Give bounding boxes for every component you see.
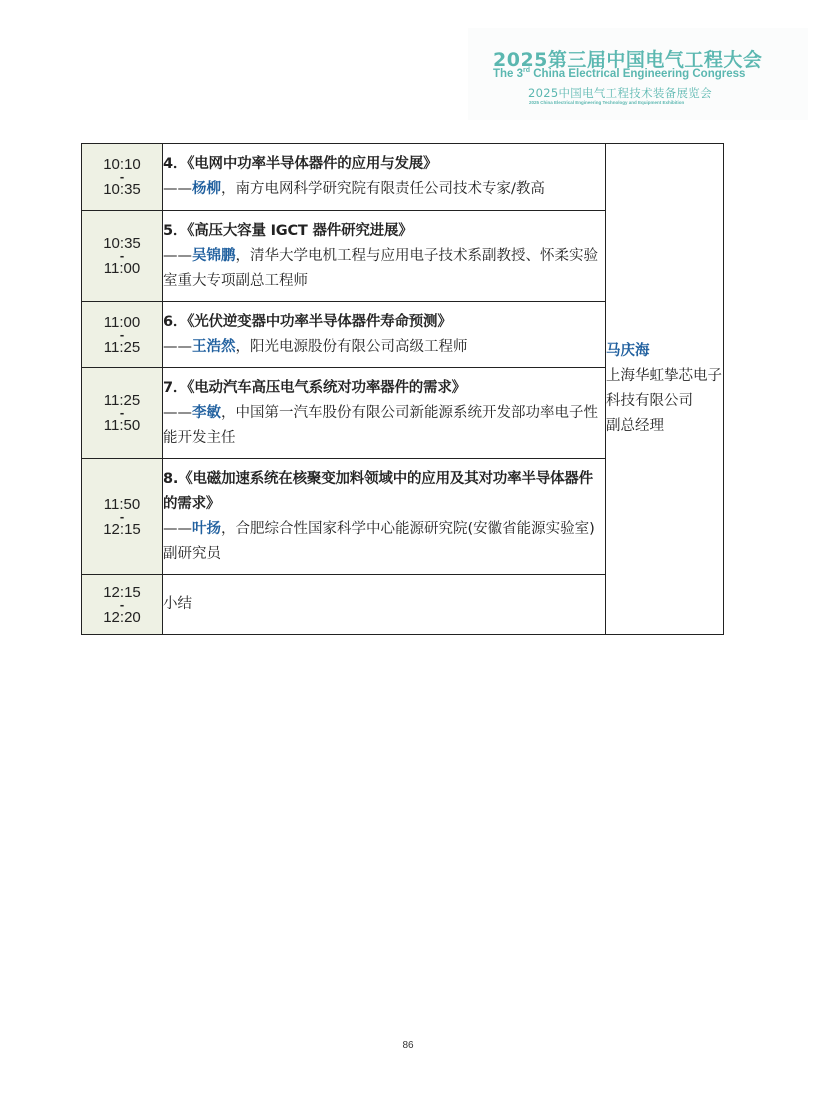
- event-title-en: The 3rd China Electrical Engineering Con…: [493, 67, 745, 80]
- talk-title: 7．《电动汽车高压电气系统对功率器件的需求》: [163, 376, 605, 401]
- speaker-name: 叶扬: [192, 521, 221, 537]
- em-dash: ——: [163, 521, 192, 537]
- end-time: 11:50: [82, 418, 162, 433]
- talk-cell: 4．《电网中功率半导体器件的应用与发展》 ——杨柳，南方电网科学研究院有限责任公…: [163, 144, 606, 211]
- agenda-table: 10:10 - 10:35 4．《电网中功率半导体器件的应用与发展》 ——杨柳，…: [81, 143, 724, 635]
- speaker-line: ——王浩然，阳光电源股份有限公司高级工程师: [163, 335, 605, 360]
- speaker-name: 吴锦鹏: [192, 248, 236, 264]
- em-dash: ——: [163, 339, 192, 355]
- talk-title: 8.《电磁加速系统在核聚变加料领域中的应用及其对功率半导体器件的需求》: [163, 467, 605, 517]
- exhibition-title-cn: 2025中国电气工程技术装备展览会: [528, 85, 712, 101]
- time-cell: 11:00 - 11:25: [82, 302, 163, 368]
- talk-cell: 6．《光伏逆变器中功率半导体器件寿命预测》 ——王浩然，阳光电源股份有限公司高级…: [163, 302, 606, 368]
- talk-cell: 5．《高压大容量 IGCT 器件研究进展》 ——吴锦鹏，清华大学电机工程与应用电…: [163, 211, 606, 302]
- time-cell: 11:25 - 11:50: [82, 368, 163, 459]
- em-dash: ——: [163, 181, 192, 197]
- summary-label: 小结: [163, 596, 192, 612]
- speaker-affiliation: ，合肥综合性国家科学中心能源研究院(安徽省能源实验室)副研究员: [163, 521, 595, 562]
- time-cell: 12:15 - 12:20: [82, 575, 163, 635]
- speaker-name: 王浩然: [192, 339, 236, 355]
- time-cell: 10:35 - 11:00: [82, 211, 163, 302]
- agenda-row: 10:10 - 10:35 4．《电网中功率半导体器件的应用与发展》 ——杨柳，…: [82, 144, 724, 211]
- talk-title: 6．《光伏逆变器中功率半导体器件寿命预测》: [163, 310, 605, 335]
- end-time: 11:00: [82, 261, 162, 276]
- end-time: 12:20: [82, 610, 162, 625]
- time-separator: -: [82, 330, 162, 340]
- host-position: 副总经理: [606, 414, 723, 439]
- speaker-line: ——叶扬，合肥综合性国家科学中心能源研究院(安徽省能源实验室)副研究员: [163, 517, 605, 567]
- speaker-line: ——李敏，中国第一汽车股份有限公司新能源系统开发部功率电子性能开发主任: [163, 401, 605, 451]
- event-title-en-sup: rd: [523, 67, 530, 74]
- end-time: 12:15: [82, 522, 162, 537]
- event-title-en-prefix: The 3: [493, 68, 523, 80]
- speaker-name: 李敏: [192, 405, 221, 421]
- event-title-en-suffix: China Electrical Engineering Congress: [530, 68, 745, 80]
- speaker-affiliation: ，南方电网科学研究院有限责任公司技术专家/教高: [221, 181, 545, 197]
- talk-title: 4．《电网中功率半导体器件的应用与发展》: [163, 152, 605, 177]
- speaker-line: ——杨柳，南方电网科学研究院有限责任公司技术专家/教高: [163, 177, 605, 202]
- exhibition-title-en: 2025 China Electrical Engineering Techno…: [529, 100, 684, 105]
- talk-cell: 7．《电动汽车高压电气系统对功率器件的需求》 ——李敏，中国第一汽车股份有限公司…: [163, 368, 606, 459]
- summary-cell: 小结: [163, 575, 606, 635]
- time-cell: 10:10 - 10:35: [82, 144, 163, 211]
- end-time: 11:25: [82, 340, 162, 355]
- em-dash: ——: [163, 248, 192, 264]
- speaker-line: ——吴锦鹏，清华大学电机工程与应用电子技术系副教授、怀柔实验室重大专项副总工程师: [163, 244, 605, 294]
- end-time: 10:35: [82, 182, 162, 197]
- host-name: 马庆海: [606, 339, 723, 364]
- speaker-name: 杨柳: [192, 181, 221, 197]
- host-organization: 上海华虹挚芯电子科技有限公司: [606, 364, 723, 414]
- talk-title: 5．《高压大容量 IGCT 器件研究进展》: [163, 219, 605, 244]
- time-cell: 11:50 - 12:15: [82, 459, 163, 575]
- talk-cell: 8.《电磁加速系统在核聚变加料领域中的应用及其对功率半导体器件的需求》 ——叶扬…: [163, 459, 606, 575]
- speaker-affiliation: ，阳光电源股份有限公司高级工程师: [236, 339, 468, 355]
- page-number: 86: [0, 1040, 816, 1051]
- speaker-affiliation: ，中国第一汽车股份有限公司新能源系统开发部功率电子性能开发主任: [163, 405, 598, 446]
- time-separator: -: [82, 600, 162, 610]
- host-cell: 马庆海 上海华虹挚芯电子科技有限公司 副总经理: [606, 144, 724, 635]
- em-dash: ——: [163, 405, 192, 421]
- time-separator: -: [82, 512, 162, 522]
